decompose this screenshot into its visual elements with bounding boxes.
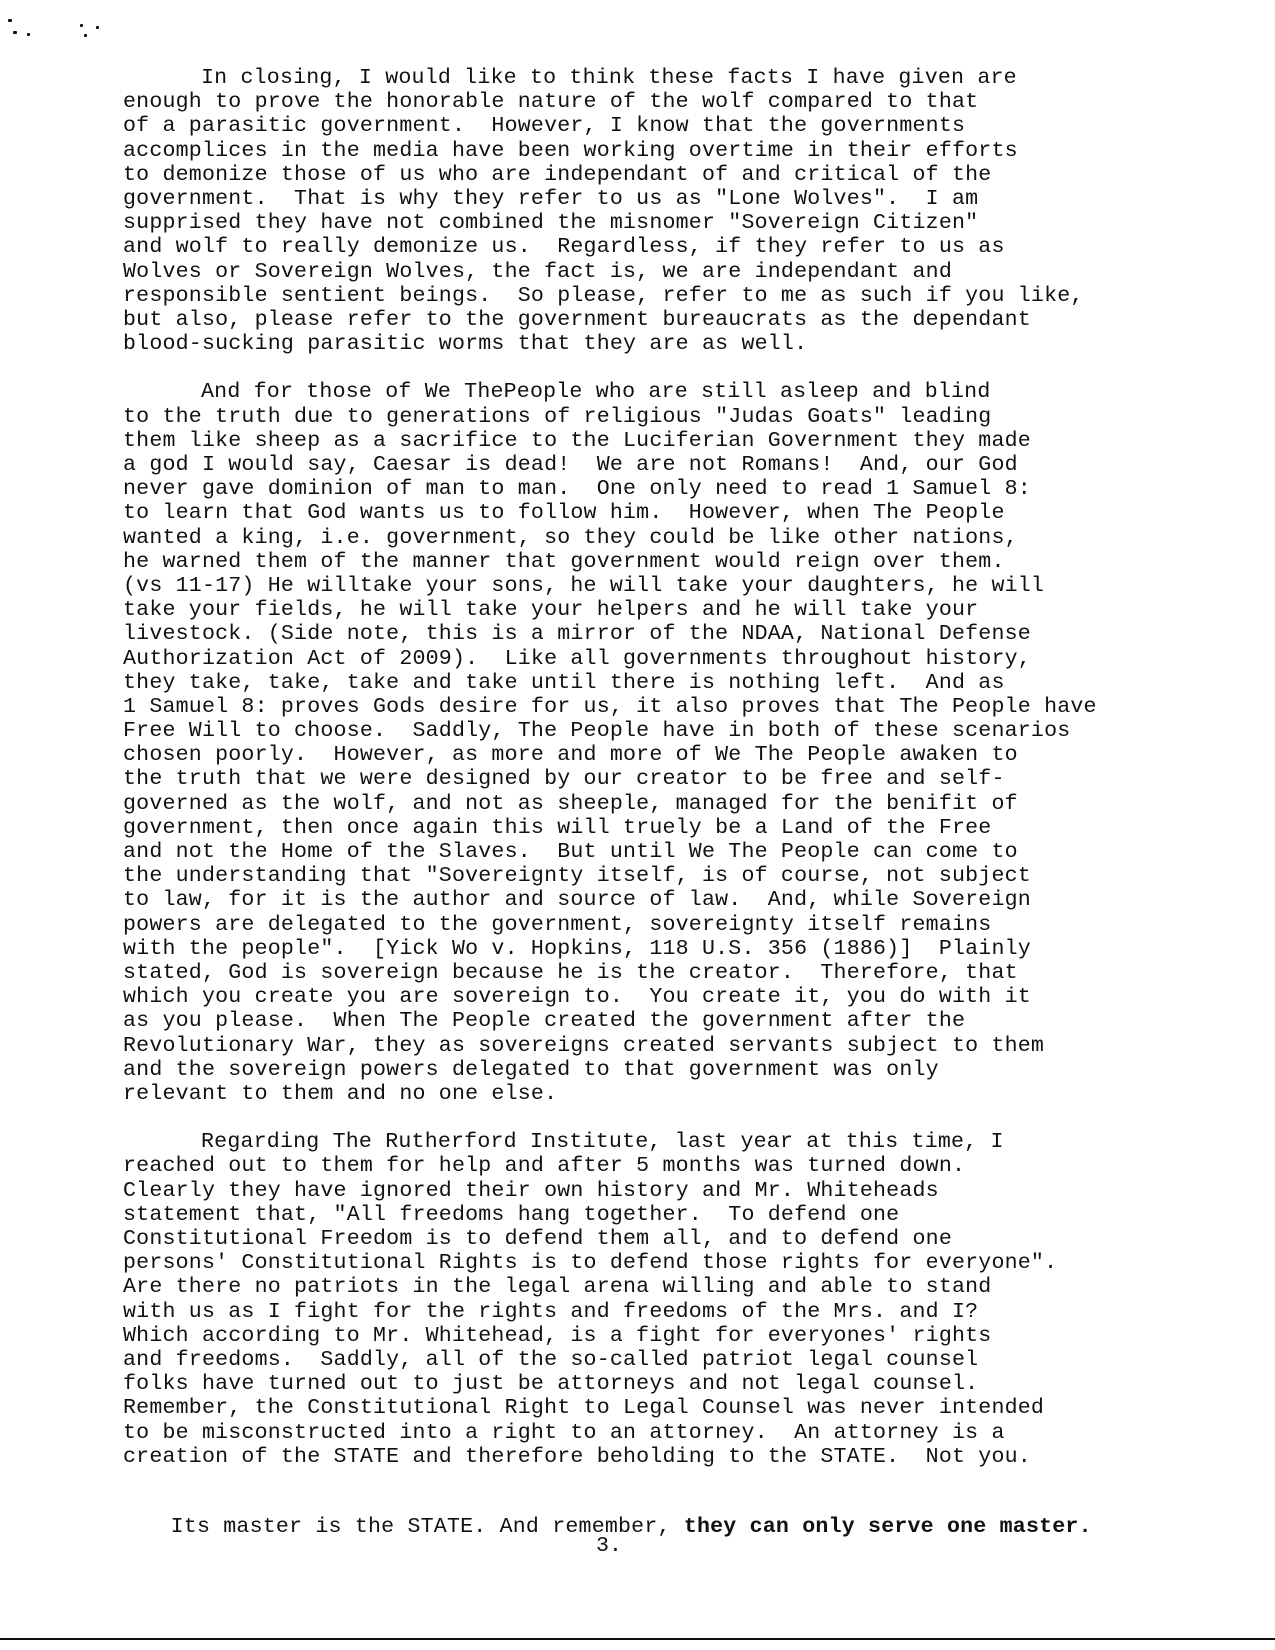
text-line: with us as I fight for the rights and fr… bbox=[123, 1300, 1203, 1324]
text-line: Authorization Act of 2009). Like all gov… bbox=[123, 647, 1203, 671]
text-line: never gave dominion of man to man. One o… bbox=[123, 477, 1203, 501]
text-line: supprised they have not combined the mis… bbox=[123, 211, 1203, 235]
text-line: a god I would say, Caesar is dead! We ar… bbox=[123, 453, 1203, 477]
text-line: to law, for it is the author and source … bbox=[123, 888, 1203, 912]
text-line: governed as the wolf, and not as sheeple… bbox=[123, 792, 1203, 816]
text-line: as you please. When The People created t… bbox=[123, 1009, 1203, 1033]
text-line: Which according to Mr. Whitehead, is a f… bbox=[123, 1324, 1203, 1348]
scan-specks bbox=[0, 0, 200, 60]
text-line: the truth that we were designed by our c… bbox=[123, 767, 1203, 791]
text-line: stated, God is sovereign because he is t… bbox=[123, 961, 1203, 985]
text-line: to demonize those of us who are independ… bbox=[123, 163, 1203, 187]
text-line: Wolves or Sovereign Wolves, the fact is,… bbox=[123, 260, 1203, 284]
text-line: (vs 11-17) He willtake your sons, he wil… bbox=[123, 574, 1203, 598]
text-line: reached out to them for help and after 5… bbox=[123, 1154, 1203, 1178]
scan-speck bbox=[13, 31, 17, 34]
text-line: Free Will to choose. Saddly, The People … bbox=[123, 719, 1203, 743]
text-line: In closing, I would like to think these … bbox=[123, 66, 1203, 90]
text-line: the understanding that "Sovereignty itse… bbox=[123, 864, 1203, 888]
text-line: Revolutionary War, they as sovereigns cr… bbox=[123, 1034, 1203, 1058]
text-line: and wolf to really demonize us. Regardle… bbox=[123, 235, 1203, 259]
bottom-rule bbox=[0, 1638, 1275, 1640]
text-line: blood-sucking parasitic worms that they … bbox=[123, 332, 1203, 356]
scan-speck bbox=[27, 33, 30, 36]
text-line: livestock. (Side note, this is a mirror … bbox=[123, 622, 1203, 646]
scan-speck bbox=[96, 26, 99, 29]
text-line: and freedoms. Saddly, all of the so-call… bbox=[123, 1348, 1203, 1372]
text-line: them like sheep as a sacrifice to the Lu… bbox=[123, 429, 1203, 453]
text-line: to learn that God wants us to follow him… bbox=[123, 501, 1203, 525]
paragraph: Regarding The Rutherford Institute, last… bbox=[123, 1130, 1203, 1469]
text-line: Remember, the Constitutional Right to Le… bbox=[123, 1396, 1203, 1420]
text-line: Are there no patriots in the legal arena… bbox=[123, 1275, 1203, 1299]
text-line: but also, please refer to the government… bbox=[123, 308, 1203, 332]
text-line: to the truth due to generations of relig… bbox=[123, 405, 1203, 429]
text-line: with the people". [Yick Wo v. Hopkins, 1… bbox=[123, 937, 1203, 961]
text-line: they take, take, take and take until the… bbox=[123, 671, 1203, 695]
text-line: folks have turned out to just be attorne… bbox=[123, 1372, 1203, 1396]
text-line: chosen poorly. However, as more and more… bbox=[123, 743, 1203, 767]
text-line: and the sovereign powers delegated to th… bbox=[123, 1058, 1203, 1082]
text-line: relevant to them and no one else. bbox=[123, 1082, 1203, 1106]
text-line: government, then once again this will tr… bbox=[123, 816, 1203, 840]
text-line: and not the Home of the Slaves. But unti… bbox=[123, 840, 1203, 864]
text-line: which you create you are sovereign to. Y… bbox=[123, 985, 1203, 1009]
scan-speck bbox=[8, 19, 12, 22]
text-line: responsible sentient beings. So please, … bbox=[123, 284, 1203, 308]
closing-bold-text: they can only serve one master. bbox=[684, 1515, 1092, 1539]
scan-speck bbox=[84, 34, 87, 37]
text-line: creation of the STATE and therefore beho… bbox=[123, 1445, 1203, 1469]
text-line: statement that, "All freedoms hang toget… bbox=[123, 1203, 1203, 1227]
page-number: 3. bbox=[596, 1534, 622, 1558]
text-line: 1 Samuel 8: proves Gods desire for us, i… bbox=[123, 695, 1203, 719]
scan-speck bbox=[80, 24, 83, 27]
text-line: he warned them of the manner that govern… bbox=[123, 550, 1203, 574]
paragraph: In closing, I would like to think these … bbox=[123, 66, 1203, 356]
paragraph: And for those of We ThePeople who are st… bbox=[123, 380, 1203, 1106]
text-line: powers are delegated to the government, … bbox=[123, 913, 1203, 937]
text-line: And for those of We ThePeople who are st… bbox=[123, 380, 1203, 404]
letter-body: In closing, I would like to think these … bbox=[123, 66, 1203, 1493]
text-line: Regarding The Rutherford Institute, last… bbox=[123, 1130, 1203, 1154]
text-line: accomplices in the media have been worki… bbox=[123, 139, 1203, 163]
text-line: to be misconstructed into a right to an … bbox=[123, 1421, 1203, 1445]
text-line: Constitutional Freedom is to defend them… bbox=[123, 1227, 1203, 1251]
text-line: Clearly they have ignored their own hist… bbox=[123, 1179, 1203, 1203]
text-line: wanted a king, i.e. government, so they … bbox=[123, 526, 1203, 550]
text-line: take your fields, he will take your help… bbox=[123, 598, 1203, 622]
text-line: enough to prove the honorable nature of … bbox=[123, 90, 1203, 114]
document-page: In closing, I would like to think these … bbox=[0, 0, 1275, 1650]
text-line: persons' Constitutional Rights is to def… bbox=[123, 1251, 1203, 1275]
text-line: government. That is why they refer to us… bbox=[123, 187, 1203, 211]
text-line: of a parasitic government. However, I kn… bbox=[123, 114, 1203, 138]
